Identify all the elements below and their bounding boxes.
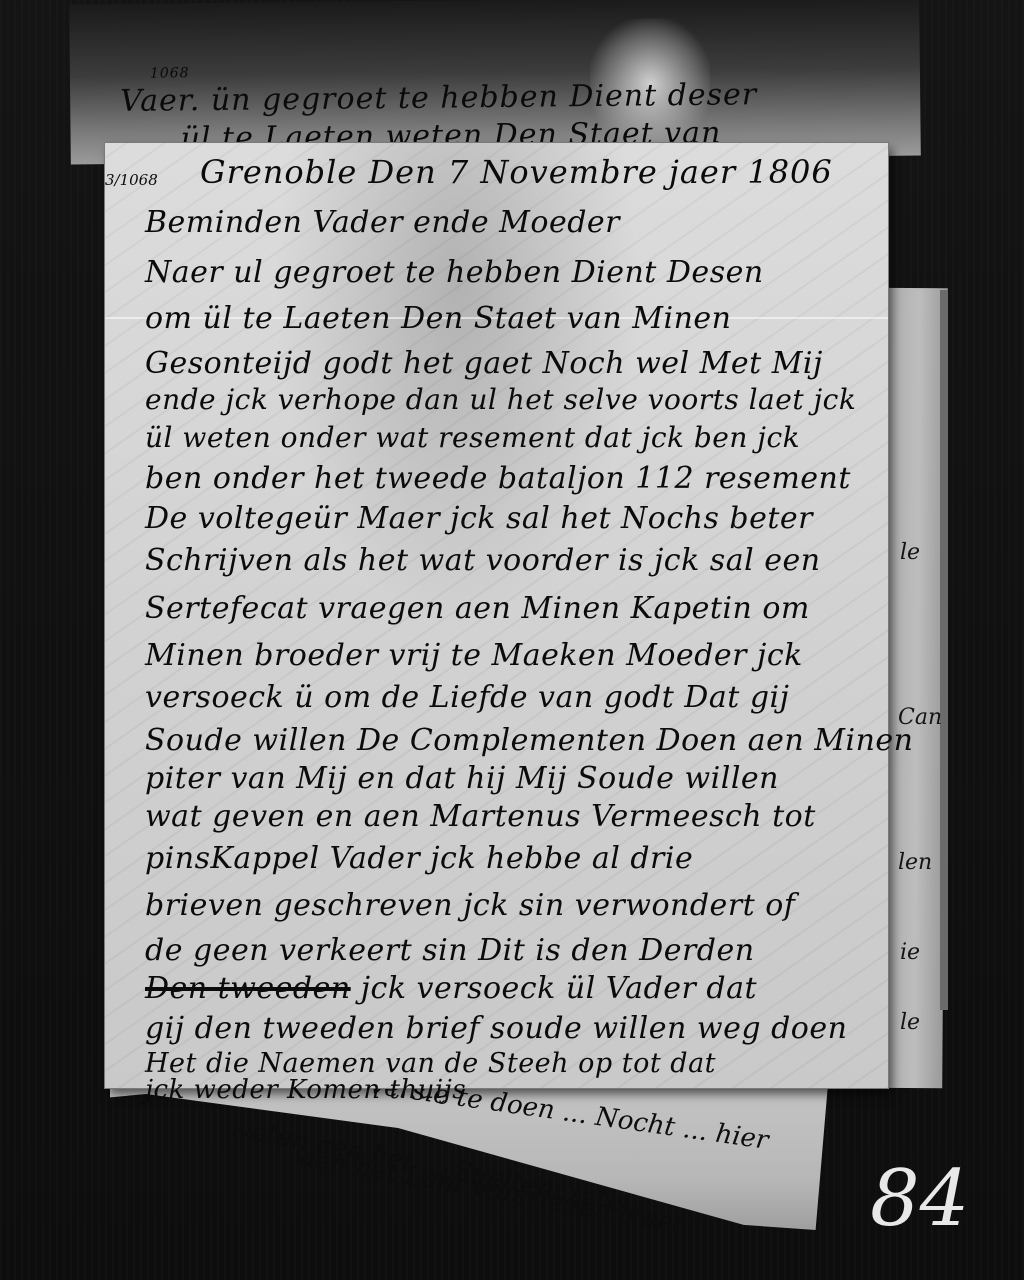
letter-line: om ül te Laeten Den Staet van Minen — [145, 301, 731, 336]
letter-line: wat geven en aen Martenus Vermeesch tot — [145, 799, 816, 834]
letter-line: ende jck verhope dan ul het selve voorts… — [145, 383, 856, 416]
letter-line-with-strikethrough: Den tweeden jck versoeck ül Vader dat — [145, 971, 757, 1006]
letter-line: Soude willen De Complementen Doen aen Mi… — [145, 723, 913, 758]
letter-line: ül weten onder wat resement dat jck ben … — [145, 421, 800, 454]
right-margin-fragment: le — [900, 540, 920, 565]
back-sheet-marginal-mark: 1068 — [150, 65, 190, 81]
right-margin-fragment: len — [898, 850, 932, 875]
back-sheet-line: Vaer. ün gegroet te hebben Dient deser — [120, 77, 757, 119]
back-sheet-top: 1068 Vaer. ün gegroet te hebben Dient de… — [69, 0, 921, 164]
letter-line: ben onder het tweede bataljon 112 reseme… — [145, 461, 851, 496]
letter-place-date: Grenoble Den 7 Novembre jaer 1806 — [200, 153, 833, 191]
struck-out-text: Den tweeden — [145, 971, 351, 1006]
letter-line: brieven geschreven jck sin verwondert of — [145, 888, 795, 923]
letter-line: Gesonteijd godt het gaet Noch wel Met Mi… — [145, 346, 823, 381]
letter-page: 3/1068 Grenoble Den 7 Novembre jaer 1806… — [105, 143, 888, 1088]
letter-line: Minen broeder vrij te Maeken Moeder jck — [145, 638, 803, 673]
right-margin-fragment: le — [900, 1010, 920, 1035]
letter-line: piter van Mij en dat hij Mij Soude wille… — [145, 761, 779, 796]
letter-line-remainder: jck versoeck ül Vader dat — [361, 971, 757, 1006]
archival-page-number: 84 — [870, 1160, 969, 1238]
letter-line: de geen verkeert sin Dit is den Derden — [145, 933, 755, 968]
letter-line: jck weder Komen thuijs — [145, 1075, 466, 1105]
margin-reference-number: 3/1068 — [105, 173, 125, 188]
letter-line: gij den tweeden brief soude willen weg d… — [145, 1011, 847, 1046]
letter-line: Sertefecat vraegen aen Minen Kapetin om — [145, 591, 810, 626]
letter-line: Beminden Vader ende Moeder — [145, 205, 620, 240]
letter-line: versoeck ü om de Liefde van godt Dat gij — [145, 680, 789, 715]
letter-line: Naer ul gegroet te hebben Dient Desen — [145, 255, 764, 290]
sheet-edge — [940, 290, 948, 1010]
letter-line: Schrijven als het wat voorder is jck sal… — [145, 543, 821, 578]
letter-line: De voltegeür Maer jck sal het Nochs bete… — [145, 501, 813, 536]
right-margin-fragment: ie — [900, 940, 920, 965]
letter-line: pinsKappel Vader jck hebbe al drie — [145, 841, 693, 876]
